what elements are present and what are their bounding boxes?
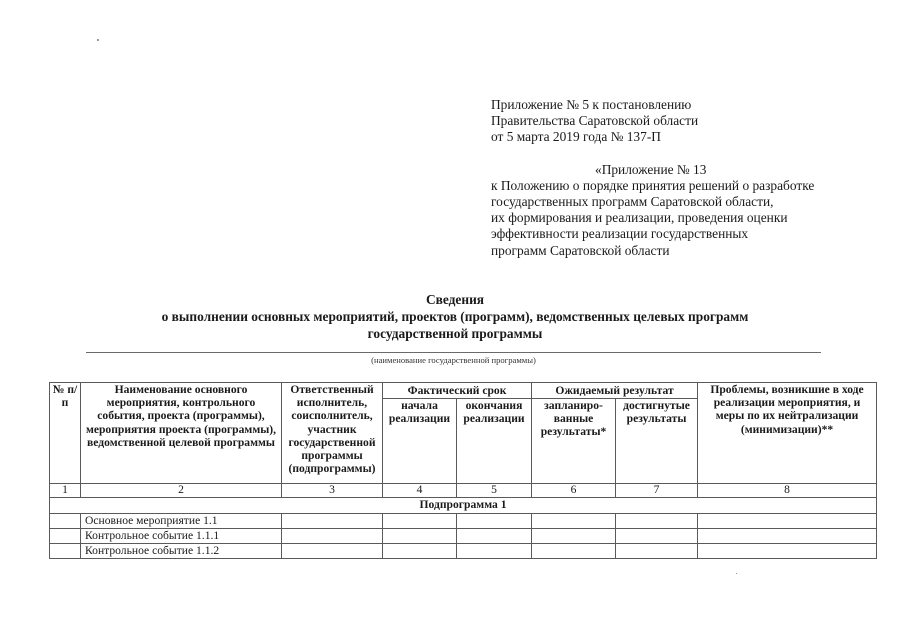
cell-num[interactable]	[50, 529, 81, 544]
cell-achieved[interactable]	[616, 529, 698, 544]
table-row: Основное мероприятие 1.1	[50, 514, 877, 529]
cell-responsible[interactable]	[282, 544, 383, 559]
header-achieved: достигнутые результаты	[616, 399, 698, 484]
cell-name: Контрольное событие 1.1.1	[81, 529, 282, 544]
cell-end[interactable]	[457, 514, 532, 529]
cell-name: Контрольное событие 1.1.2	[81, 544, 282, 559]
program-name-field[interactable]	[86, 352, 821, 353]
header-name: Наименование основного мероприятия, конт…	[81, 383, 282, 484]
heading-line: государственной программы	[50, 325, 860, 342]
column-number: 3	[282, 484, 383, 498]
cell-start[interactable]	[383, 529, 457, 544]
sub-appendix-line: к Положению о порядке принятия решений о…	[491, 178, 814, 194]
cell-start[interactable]	[383, 514, 457, 529]
scan-speck	[736, 573, 737, 574]
cell-responsible[interactable]	[282, 529, 383, 544]
cell-num[interactable]	[50, 544, 81, 559]
sub-appendix-line: эффективности реализации государственных	[491, 226, 814, 242]
column-number: 8	[698, 484, 877, 498]
sub-appendix-line: государственных программ Саратовской обл…	[491, 194, 814, 210]
table-row: Контрольное событие 1.1.2	[50, 544, 877, 559]
appendix-block: Приложение № 5 к постановлению Правитель…	[491, 97, 814, 259]
cell-name: Основное мероприятие 1.1	[81, 514, 282, 529]
column-number: 2	[81, 484, 282, 498]
column-number: 5	[457, 484, 532, 498]
cell-end[interactable]	[457, 529, 532, 544]
column-number: 6	[532, 484, 616, 498]
cell-responsible[interactable]	[282, 514, 383, 529]
column-number: 7	[616, 484, 698, 498]
appendix-line: Правительства Саратовской области	[491, 113, 814, 129]
heading-title: Сведения	[50, 291, 860, 308]
column-number: 4	[383, 484, 457, 498]
header-problems: Проблемы, возникшие в ходе реализации ме…	[698, 383, 877, 484]
column-number-row: 1 2 3 4 5 6 7 8	[50, 484, 877, 498]
spacer	[491, 146, 814, 162]
cell-achieved[interactable]	[616, 544, 698, 559]
scan-speck	[97, 39, 99, 41]
cell-end[interactable]	[457, 544, 532, 559]
header-start: начала реализации	[383, 399, 457, 484]
cell-start[interactable]	[383, 544, 457, 559]
cell-achieved[interactable]	[616, 514, 698, 529]
appendix-line: Приложение № 5 к постановлению	[491, 97, 814, 113]
header-planned: запланиро-ванные результаты*	[532, 399, 616, 484]
header-expected-result: Ожидаемый результат	[532, 383, 698, 399]
header-responsible: Ответственный исполнитель, соисполнитель…	[282, 383, 383, 484]
header-num: № п/п	[50, 383, 81, 484]
appendix-line: от 5 марта 2019 года № 137-П	[491, 129, 814, 145]
report-table: № п/п Наименование основного мероприятия…	[49, 382, 877, 559]
header-actual-term: Фактический срок	[383, 383, 532, 399]
subprogram-label: Подпрограмма 1	[50, 498, 877, 514]
table-row: Контрольное событие 1.1.1	[50, 529, 877, 544]
header-end: окончания реализации	[457, 399, 532, 484]
heading-line: о выполнении основных мероприятий, проек…	[50, 308, 860, 325]
cell-planned[interactable]	[532, 529, 616, 544]
cell-problems[interactable]	[698, 544, 877, 559]
cell-planned[interactable]	[532, 514, 616, 529]
cell-problems[interactable]	[698, 514, 877, 529]
column-number: 1	[50, 484, 81, 498]
sub-appendix-line: программ Саратовской области	[491, 243, 814, 259]
cell-problems[interactable]	[698, 529, 877, 544]
subprogram-row: Подпрограмма 1	[50, 498, 877, 514]
cell-planned[interactable]	[532, 544, 616, 559]
cell-num[interactable]	[50, 514, 81, 529]
program-name-caption: (наименование государственной программы)	[86, 355, 821, 365]
document-heading: Сведения о выполнении основных мероприят…	[50, 291, 860, 342]
sub-appendix-line: их формирования и реализации, проведения…	[491, 210, 814, 226]
sub-appendix-title: «Приложение № 13	[491, 162, 814, 178]
